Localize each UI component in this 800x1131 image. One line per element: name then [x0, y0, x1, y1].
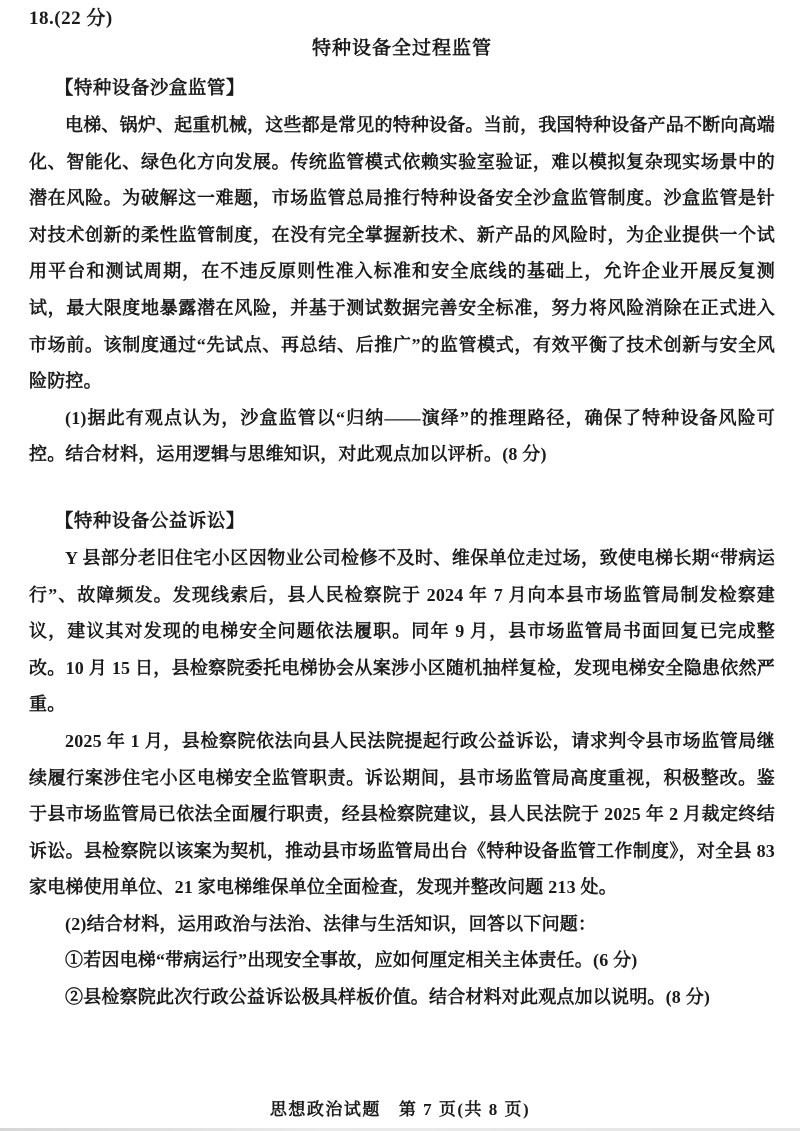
- footer-page-info: 第 7 页(共 8 页): [399, 1100, 530, 1119]
- question-2-intro: (2)结合材料，运用政治与法治、法律与生活知识，回答以下问题：: [29, 906, 775, 943]
- exam-page: 18.(22 分) 特种设备全过程监管 【特种设备沙盒监管】 电梯、锅炉、起重机…: [0, 0, 800, 1131]
- litigation-material-paragraph-1: Y 县部分老旧住宅小区因物业公司检修不及时、维保单位走过场，致使电梯长期“带病运…: [29, 540, 775, 723]
- question-1: (1)据此有观点认为，沙盒监管以“归纳——演绎”的推理路径，确保了特种设备风险可…: [29, 400, 775, 473]
- question-2-sub-2: ②县检察院此次行政公益诉讼极具样板价值。结合材料对此观点加以说明。(8 分): [29, 979, 775, 1016]
- page-title: 特种设备全过程监管: [29, 38, 775, 60]
- section-header-litigation: 【特种设备公益诉讼】: [29, 511, 775, 533]
- section-header-sandbox: 【特种设备沙盒监管】: [29, 78, 775, 100]
- footer-subject: 思想政治试题: [270, 1100, 381, 1119]
- question-2-sub-1: ①若因电梯“带病运行”出现安全事故，应如何厘定相关主体责任。(6 分): [29, 942, 775, 979]
- page-footer: 思想政治试题第 7 页(共 8 页): [0, 1099, 800, 1121]
- sandbox-material-paragraph: 电梯、锅炉、起重机械，这些都是常见的特种设备。当前，我国特种设备产品不断向高端化…: [29, 107, 775, 400]
- section-public-interest-litigation: 【特种设备公益诉讼】 Y 县部分老旧住宅小区因物业公司检修不及时、维保单位走过场…: [29, 511, 775, 1016]
- question-number: 18.(22 分): [29, 8, 775, 30]
- section-sandbox-regulation: 【特种设备沙盒监管】 电梯、锅炉、起重机械，这些都是常见的特种设备。当前，我国特…: [29, 78, 775, 473]
- litigation-material-paragraph-2: 2025 年 1 月，县检察院依法向县人民法院提起行政公益诉讼，请求判令县市场监…: [29, 723, 775, 906]
